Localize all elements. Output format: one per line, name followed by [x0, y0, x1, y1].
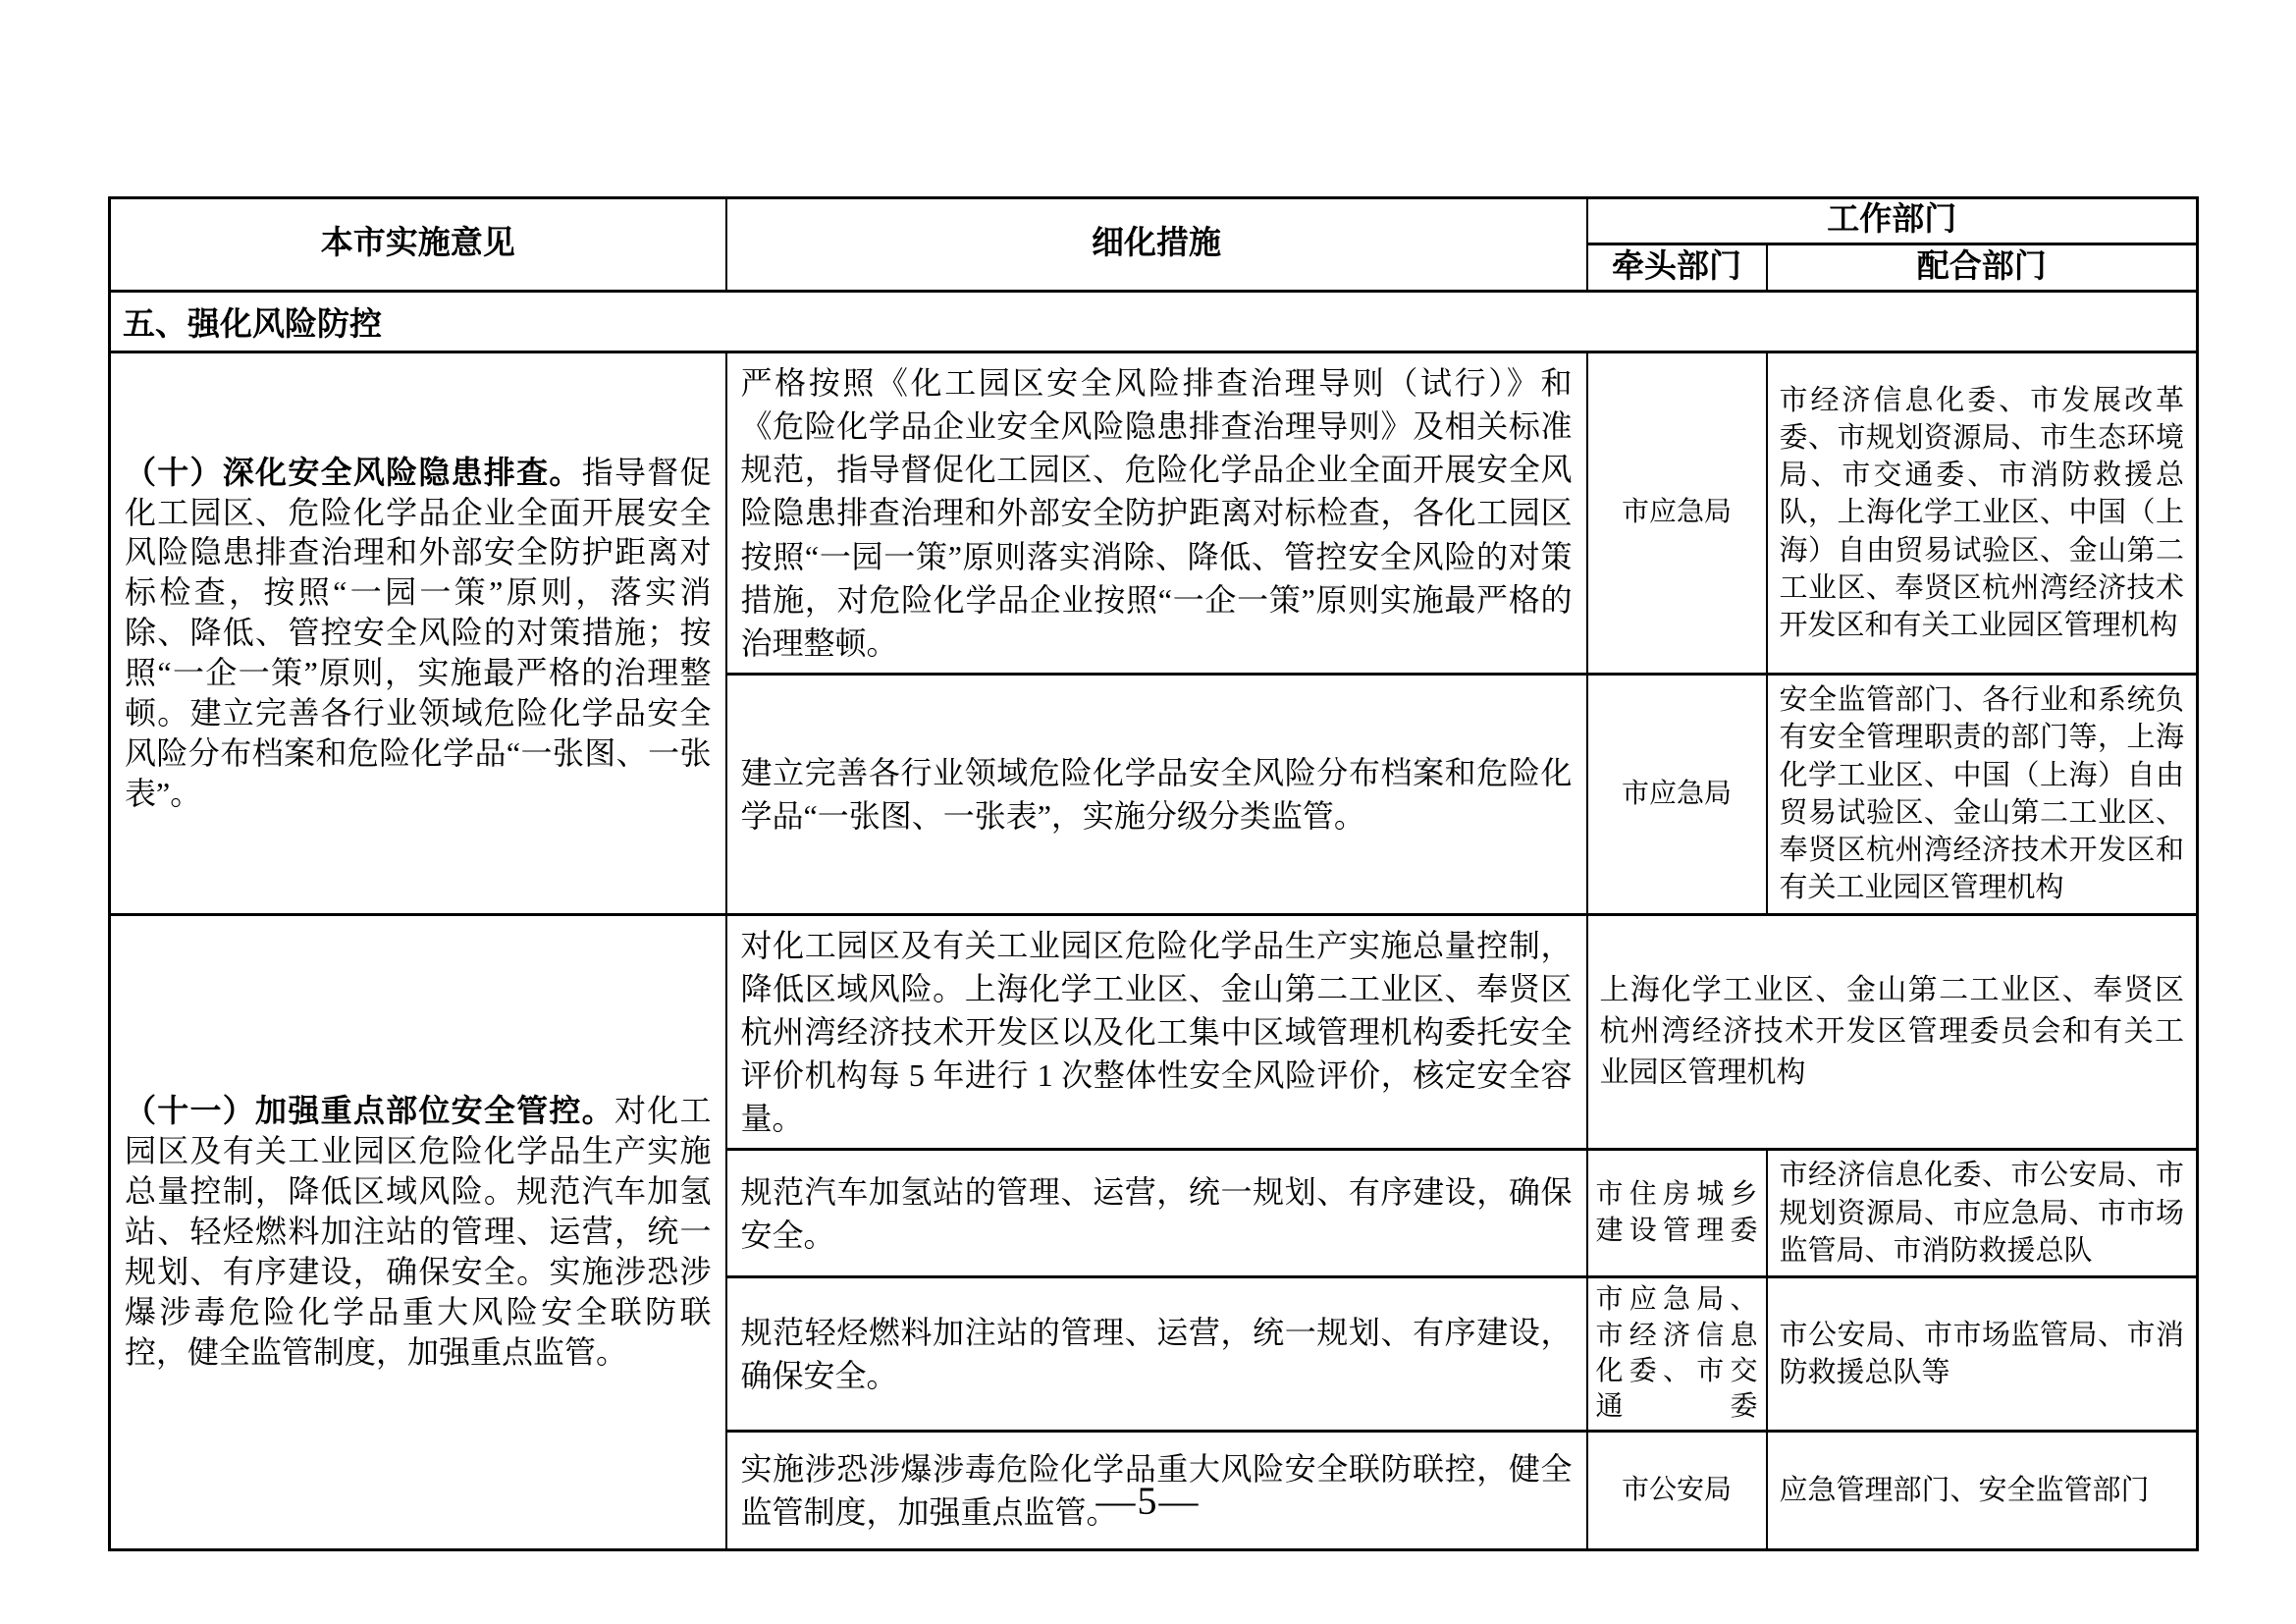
page-number: —5—: [0, 1478, 2296, 1524]
table-row: （十）深化安全风险隐患排查。指导督促化工园区、危险化学品企业全面开展安全风险隐患…: [110, 352, 2198, 675]
measure-cell-10-1: 严格按照《化工园区安全风险排查治理导则（试行）》和《危险化学品企业安全风险隐患排…: [726, 352, 1587, 675]
opinion-cell-11: （十一）加强重点部位安全管控。对化工园区及有关工业园区危险化学品生产实施总量控制…: [110, 914, 726, 1549]
header-city-opinion: 本市实施意见: [110, 198, 726, 292]
section-row: 五、强化风险防控: [110, 292, 2198, 352]
header-support-department: 配合部门: [1767, 244, 2198, 292]
measure-cell-11-2: 规范汽车加氢站的管理、运营，统一规划、有序建设，确保安全。: [726, 1150, 1587, 1277]
support-cell-10-1: 市经济信息化委、市发展改革委、市规划资源局、市生态环境局、市交通委、市消防救援总…: [1767, 352, 2198, 675]
header-lead-department: 牵头部门: [1587, 244, 1767, 292]
opinion-11-title: （十一）加强重点部位安全管控。: [125, 1093, 614, 1128]
measure-cell-11-1: 对化工园区及有关工业园区危险化学品生产实施总量控制，降低区域风险。上海化学工业区…: [726, 914, 1587, 1150]
document-page: 本市实施意见 细化措施 工作部门 牵头部门 配合部门 五、强化风险防控 （十）深…: [0, 0, 2296, 1624]
lead-cell-11-2: 市住房城乡建设管理委: [1587, 1150, 1767, 1277]
header-row-1: 本市实施意见 细化措施 工作部门: [110, 198, 2198, 244]
implementation-measures-table: 本市实施意见 细化措施 工作部门 牵头部门 配合部门 五、强化风险防控 （十）深…: [108, 196, 2199, 1551]
support-cell-11-2: 市经济信息化委、市公安局、市规划资源局、市应急局、市市场监管局、市消防救援总队: [1767, 1150, 2198, 1277]
opinion-10-body: 指导督促化工园区、危险化学品企业全面开展安全风险隐患排查治理和外部安全防护距离对…: [125, 455, 712, 812]
opinion-cell-10: （十）深化安全风险隐患排查。指导督促化工园区、危险化学品企业全面开展安全风险隐患…: [110, 352, 726, 915]
measure-cell-10-2: 建立完善各行业领域危险化学品安全风险分布档案和危险化学品“一张图、一张表”，实施…: [726, 675, 1587, 915]
header-work-departments: 工作部门: [1587, 198, 2198, 244]
support-cell-10-2: 安全监管部门、各行业和系统负有安全管理职责的部门等，上海化学工业区、中国（上海）…: [1767, 675, 2198, 915]
header-detailed-measures: 细化措施: [726, 198, 1587, 292]
measure-cell-11-3: 规范轻烃燃料加注站的管理、运营，统一规划、有序建设，确保安全。: [726, 1277, 1587, 1432]
lead-cell-11-3: 市应急局、市经济信息化委、市交通委: [1587, 1277, 1767, 1432]
section-title: 五、强化风险防控: [110, 292, 2198, 352]
opinion-11-body: 对化工园区及有关工业园区危险化学品生产实施总量控制，降低区域风险。规范汽车加氢站…: [125, 1093, 712, 1370]
support-cell-11-3: 市公安局、市市场监管局、市消防救援总队等: [1767, 1277, 2198, 1432]
table-row: （十一）加强重点部位安全管控。对化工园区及有关工业园区危险化学品生产实施总量控制…: [110, 914, 2198, 1150]
lead-cell-10-2: 市应急局: [1587, 675, 1767, 915]
opinion-10-title: （十）深化安全风险隐患排查。: [125, 455, 582, 490]
implementer-cell-11-1: 上海化学工业区、金山第二工业区、奉贤区杭州湾经济技术开发区管理委员会和有关工业园…: [1587, 914, 2198, 1150]
lead-cell-10-1: 市应急局: [1587, 352, 1767, 675]
